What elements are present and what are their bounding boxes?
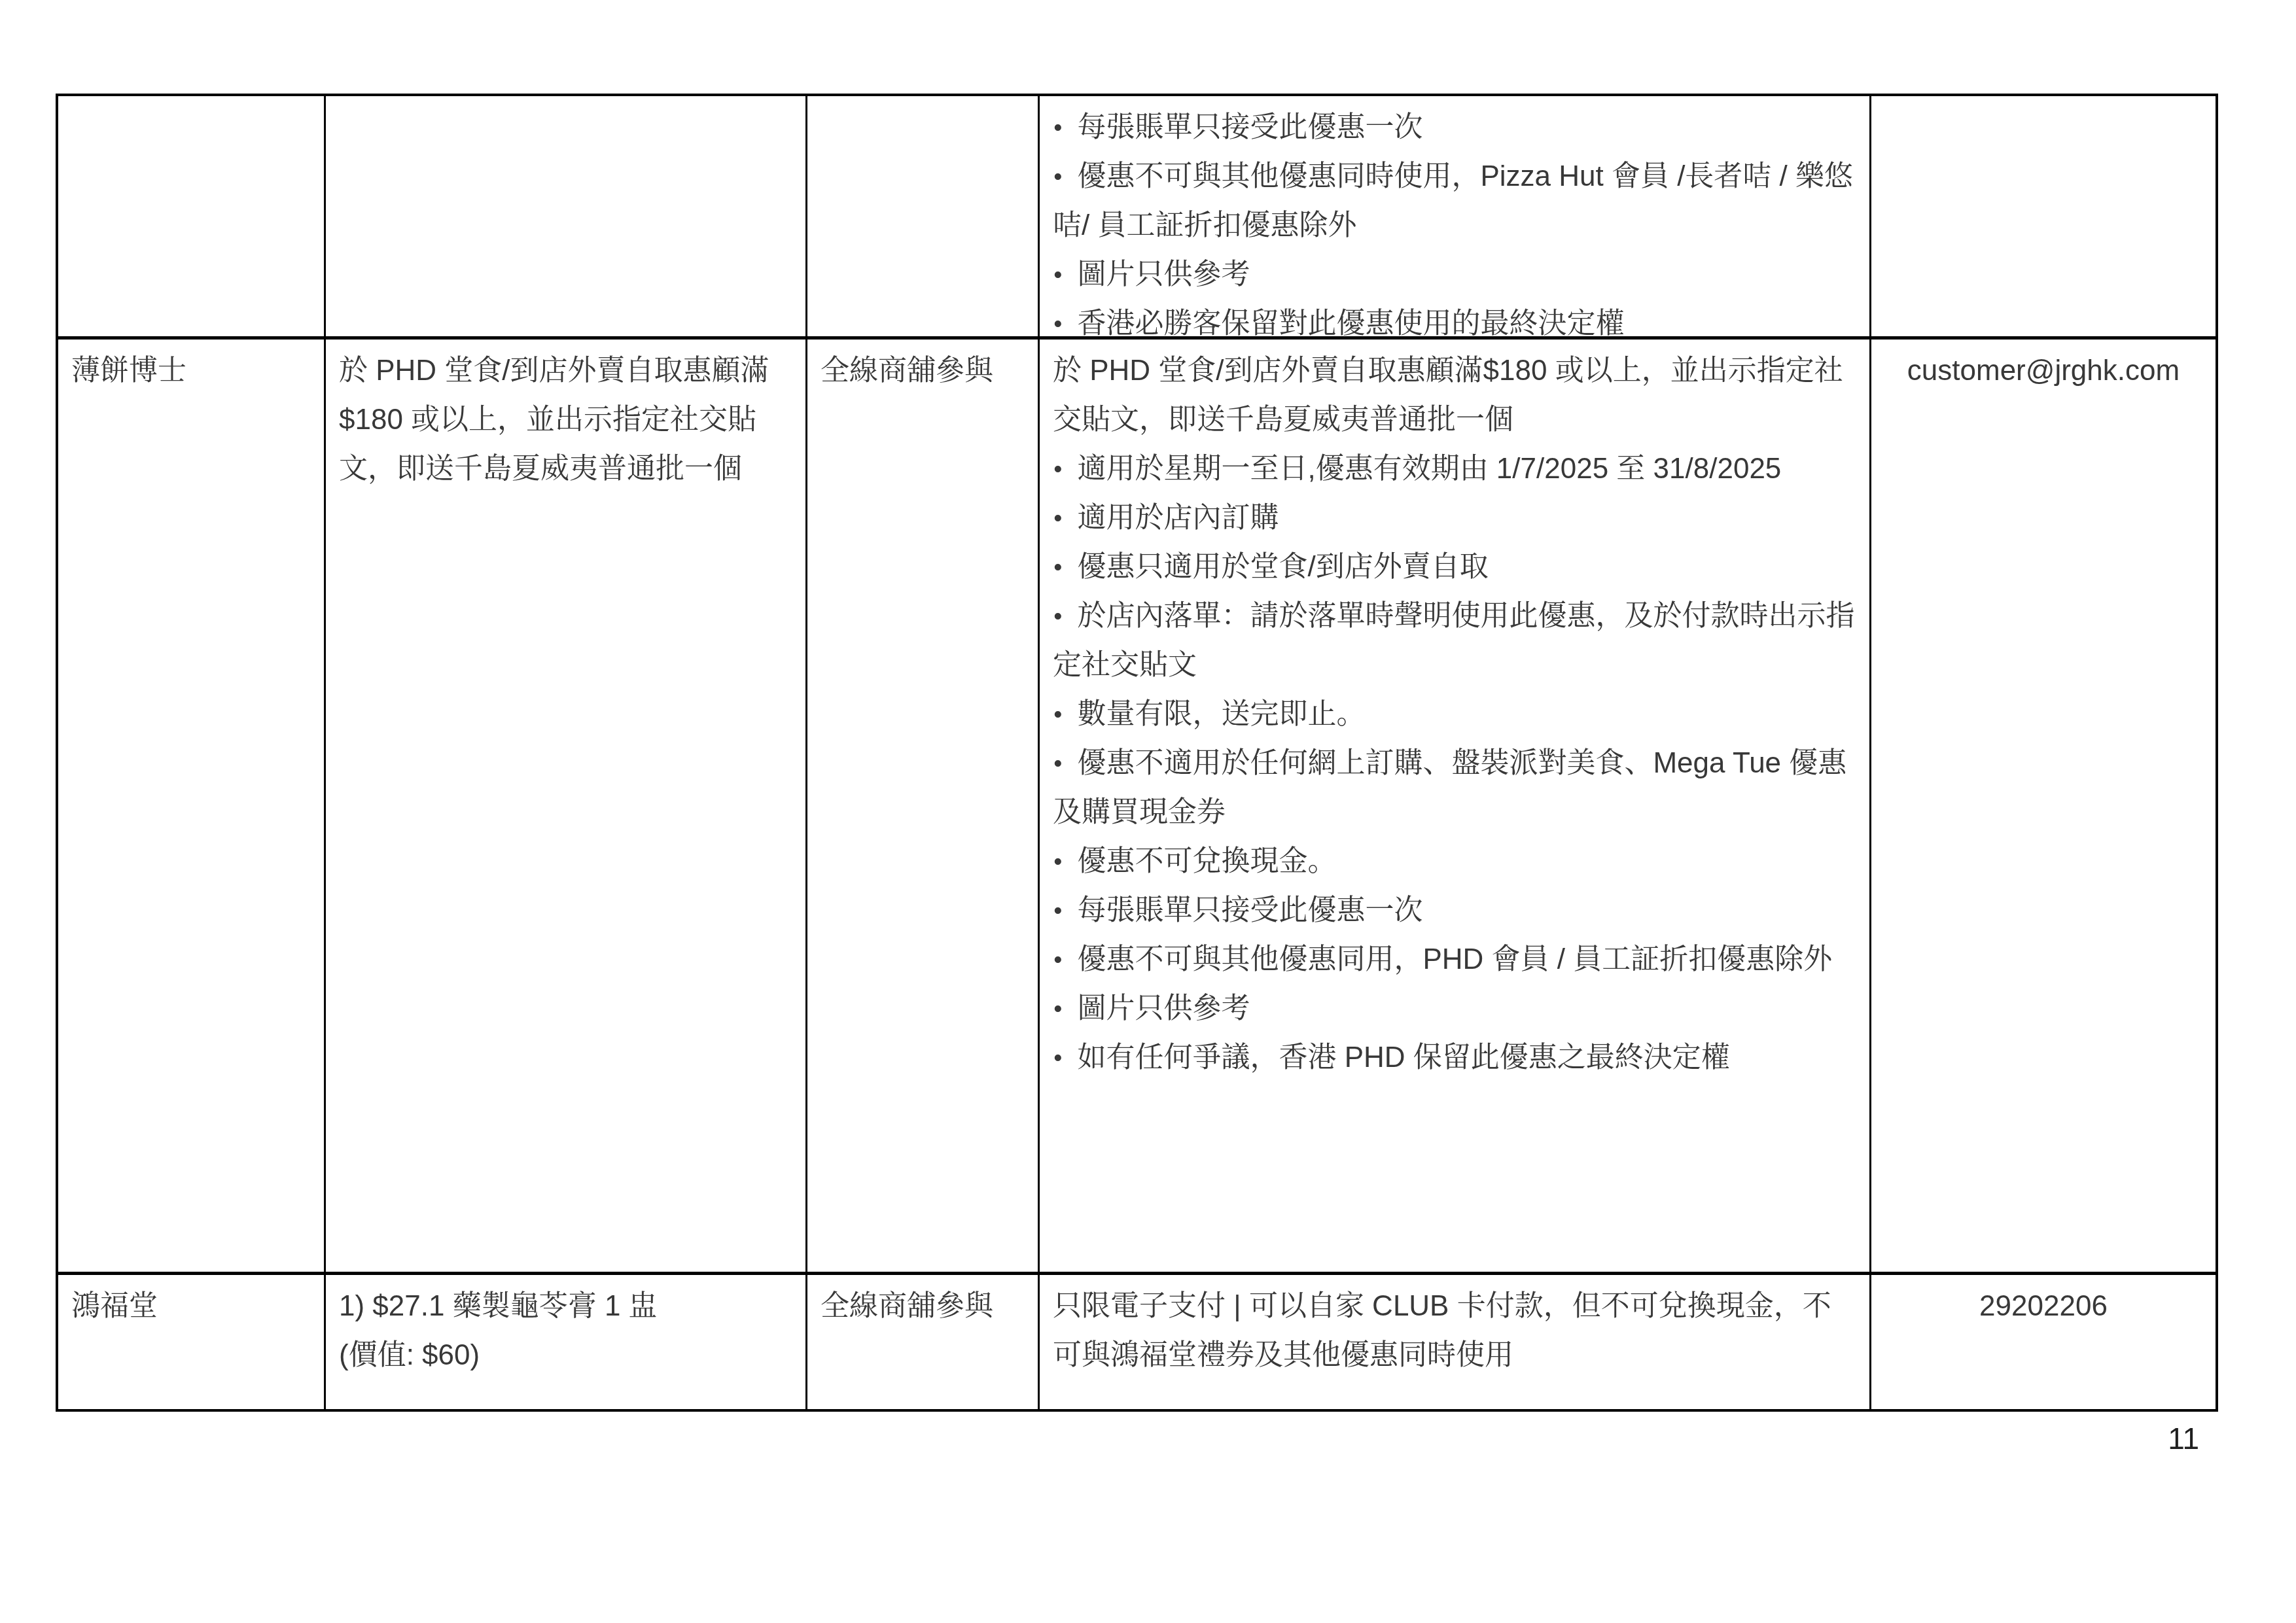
cell-terms: •每張賬單只接受此優惠一次 •優惠不可與其他優惠同時使用，Pizza Hut 會… (1040, 96, 1871, 340)
page-number: 11 (2168, 1421, 2199, 1456)
cell-offer (326, 96, 807, 340)
terms-bullet-text: 數量有限，送完即止。 (1077, 698, 1365, 730)
bullet-icon: • (1053, 742, 1062, 784)
terms-bullet-line: •優惠只適用於堂食/到店外賣自取 (1053, 542, 1855, 591)
merchant-name: 鴻福堂 (71, 1282, 309, 1331)
terms-bullet-line: •優惠不可與其他優惠同時使用，Pizza Hut 會員 /長者咭 / 樂悠咭/ … (1053, 152, 1855, 250)
cell-participation (807, 96, 1040, 340)
offers-table: •每張賬單只接受此優惠一次 •優惠不可與其他優惠同時使用，Pizza Hut 會… (56, 94, 2218, 1412)
contact-email: customer@jrghk.com (1878, 346, 2209, 395)
offer-text: 於 PHD 堂食/到店外賣自取惠顧滿 $180 或以上，並出示指定社交貼文，即送… (339, 346, 791, 493)
terms-bullet-text: 適用於星期一至日,優惠有效期由 1/7/2025 至 31/8/2025 (1077, 453, 1781, 485)
terms-bullet-line: •每張賬單只接受此優惠一次 (1053, 103, 1855, 152)
terms-bullet-line: •適用於店內訂購 (1053, 493, 1855, 542)
contact-phone: 29202206 (1878, 1282, 2209, 1331)
terms-bullet-text: 優惠不可與其他優惠同用，PHD 會員 / 員工証折扣優惠除外 (1077, 943, 1832, 975)
terms-bullet-text: 適用於店內訂購 (1077, 502, 1279, 534)
cell-terms: 只限電子支付 | 可以自家 CLUB 卡付款，但不可兌換現金，不可與鴻福堂禮券及… (1040, 1275, 1871, 1409)
merchant-name: 薄餅博士 (71, 346, 309, 395)
cell-offer: 於 PHD 堂食/到店外賣自取惠顧滿 $180 或以上，並出示指定社交貼文，即送… (326, 340, 807, 1275)
terms-bullet-line: •於店內落單：請於落單時聲明使用此優惠，及於付款時出示指定社交貼文 (1053, 591, 1855, 689)
participation-text: 全線商舖參與 (821, 1282, 1023, 1331)
terms-bullet-text: 如有任何爭議，香港 PHD 保留此優惠之最終決定權 (1077, 1041, 1729, 1073)
bullet-icon: • (1053, 693, 1062, 735)
terms-intro: 於 PHD 堂食/到店外賣自取惠顧滿$180 或以上，並出示指定社交貼文，即送千… (1053, 346, 1855, 444)
terms-bullet-text: 每張賬單只接受此優惠一次 (1077, 111, 1422, 143)
bullet-icon: • (1053, 841, 1062, 882)
terms-bullet-text: 每張賬單只接受此優惠一次 (1077, 894, 1422, 926)
bullet-icon: • (1053, 107, 1062, 148)
bullet-icon: • (1053, 988, 1062, 1030)
cell-merchant: 薄餅博士 (58, 340, 326, 1275)
terms-bullet-line: •每張賬單只接受此優惠一次 (1053, 886, 1855, 935)
terms-bullet-line: •圖片只供參考 (1053, 250, 1855, 299)
terms-bullet-text: 優惠只適用於堂食/到店外賣自取 (1077, 551, 1488, 583)
bullet-icon: • (1053, 156, 1062, 198)
terms-bullet-text: 圖片只供參考 (1077, 992, 1250, 1024)
terms-bullet-line: •圖片只供參考 (1053, 984, 1855, 1033)
cell-offer: 1) $27.1 藥製龜苓膏 1 盅 (價值: $60) (326, 1275, 807, 1409)
participation-text: 全線商舖參與 (821, 346, 1023, 395)
bullet-icon: • (1053, 303, 1062, 340)
bullet-icon: • (1053, 497, 1062, 539)
terms-bullet-line: •優惠不適用於任何網上訂購、盤裝派對美食、Mega Tue 優惠及購買現金券 (1053, 739, 1855, 837)
terms-bullet-line: •優惠不可兌換現金。 (1053, 837, 1855, 886)
bullet-icon: • (1053, 448, 1062, 490)
terms-intro: 只限電子支付 | 可以自家 CLUB 卡付款，但不可兌換現金，不可與鴻福堂禮券及… (1053, 1282, 1855, 1380)
terms-bullet-line: •數量有限，送完即止。 (1053, 689, 1855, 739)
bullet-icon: • (1053, 890, 1062, 932)
document-page: •每張賬單只接受此優惠一次 •優惠不可與其他優惠同時使用，Pizza Hut 會… (0, 0, 2296, 1623)
bullet-icon: • (1053, 1037, 1062, 1079)
cell-participation: 全線商舖參與 (807, 340, 1040, 1275)
cell-contact (1871, 96, 2216, 340)
terms-bullet-text: 香港必勝客保留對此優惠使用的最終決定權 (1077, 307, 1624, 340)
bullet-icon: • (1053, 939, 1062, 981)
bullet-icon: • (1053, 254, 1062, 296)
terms-bullet-text: 優惠不適用於任何網上訂購、盤裝派對美食、Mega Tue 優惠及購買現金券 (1053, 747, 1846, 828)
terms-bullet-line: •適用於星期一至日,優惠有效期由 1/7/2025 至 31/8/2025 (1053, 444, 1855, 493)
terms-bullet-line: •香港必勝客保留對此優惠使用的最終決定權 (1053, 299, 1855, 340)
cell-terms: 於 PHD 堂食/到店外賣自取惠顧滿$180 或以上，並出示指定社交貼文，即送千… (1040, 340, 1871, 1275)
terms-bullet-text: 優惠不可與其他優惠同時使用，Pizza Hut 會員 /長者咭 / 樂悠咭/ 員… (1053, 160, 1853, 241)
cell-merchant: 鴻福堂 (58, 1275, 326, 1409)
bullet-icon: • (1053, 546, 1062, 588)
cell-contact: 29202206 (1871, 1275, 2216, 1409)
terms-bullet-text: 圖片只供參考 (1077, 258, 1250, 290)
offer-text-line: 1) $27.1 藥製龜苓膏 1 盅 (339, 1282, 791, 1331)
terms-bullet-line: •如有任何爭議，香港 PHD 保留此優惠之最終決定權 (1053, 1033, 1855, 1082)
cell-contact: customer@jrghk.com (1871, 340, 2216, 1275)
terms-bullet-text: 優惠不可兌換現金。 (1077, 845, 1336, 877)
terms-bullet-line: •優惠不可與其他優惠同用，PHD 會員 / 員工証折扣優惠除外 (1053, 935, 1855, 984)
offer-text-line: (價值: $60) (339, 1331, 791, 1380)
cell-merchant (58, 96, 326, 340)
terms-bullet-text: 於店內落單：請於落單時聲明使用此優惠，及於付款時出示指定社交貼文 (1053, 600, 1854, 681)
bullet-icon: • (1053, 595, 1062, 637)
cell-participation: 全線商舖參與 (807, 1275, 1040, 1409)
